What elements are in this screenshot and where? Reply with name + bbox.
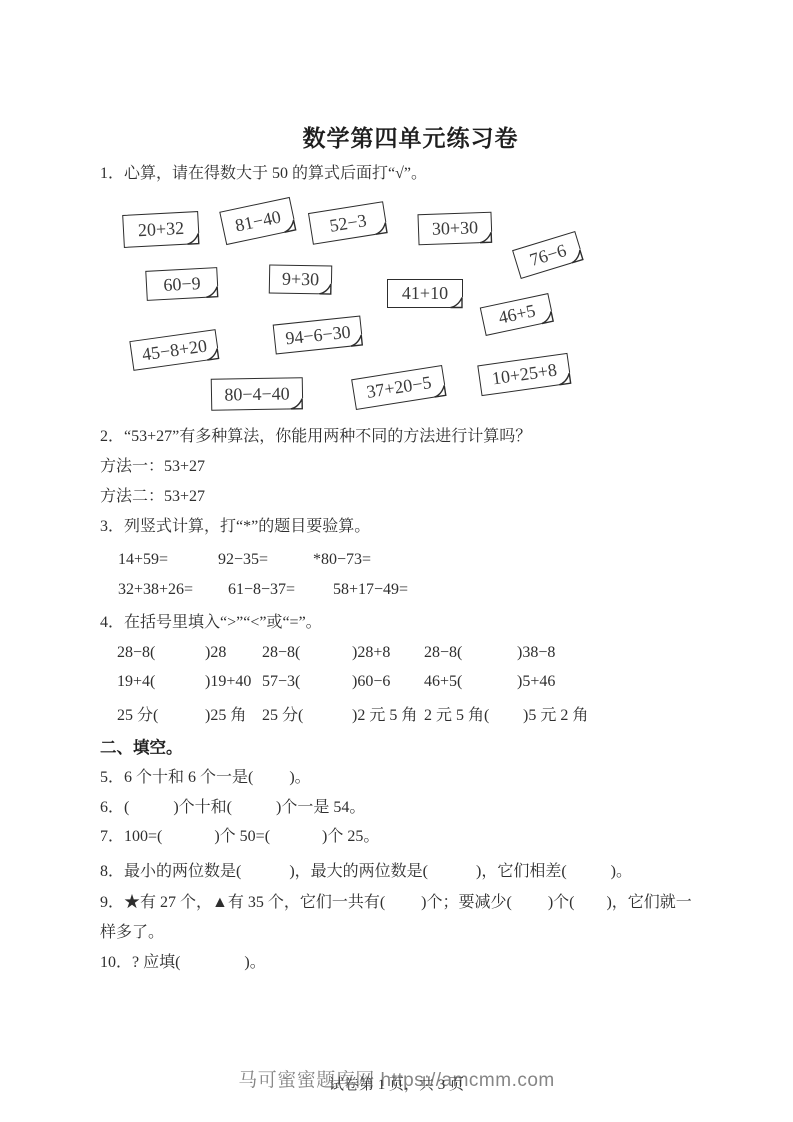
compare-item: )38−8 xyxy=(517,644,555,662)
folded-corner-icon xyxy=(372,221,389,236)
compare-item: )60−6 xyxy=(352,673,390,691)
expression: 61−8−37= xyxy=(228,581,295,599)
compare-item: 2 元 5 角( xyxy=(424,702,489,725)
question-4-row-1: 28−8( )28 28−8( )28+8 28−8( )38−8 xyxy=(0,644,793,664)
expression: 58+17−49= xyxy=(333,581,408,599)
expression-slip: 45−8+20 xyxy=(129,329,219,371)
expression-slip: 60−9 xyxy=(145,267,218,301)
question-8: 8．最小的两位数是( )，最大的两位数是( )，它们相差( )。 xyxy=(100,862,632,882)
question-4-row-3: 25 分( )25 角 25 分( )2 元 5 角 2 元 5 角( )5 元… xyxy=(0,702,793,722)
expression-slip: 46+5 xyxy=(480,293,554,336)
compare-item: )28+8 xyxy=(352,644,390,662)
expression-slip: 20+32 xyxy=(122,211,200,248)
expression-slip: 30+30 xyxy=(417,212,492,246)
compare-item: 25 分( xyxy=(117,702,158,725)
folded-corner-icon xyxy=(289,397,304,410)
expression-slip: 81−40 xyxy=(219,197,296,245)
expression: 14+59= xyxy=(118,551,168,569)
compare-item: 28−8( xyxy=(262,644,300,662)
question-2-method-1: 方法一：53+27 xyxy=(100,457,205,477)
question-6: 6．( )个十和( )个一是 54。 xyxy=(100,798,365,818)
compare-item: 46+5( xyxy=(424,673,462,691)
compare-item: 28−8( xyxy=(424,644,462,662)
folded-corner-icon xyxy=(556,371,573,386)
compare-item: )28 xyxy=(205,644,226,662)
expression: 32+38+26= xyxy=(118,581,193,599)
expression: *80−73= xyxy=(313,551,371,569)
question-2-method-2: 方法二：53+27 xyxy=(100,487,205,507)
folded-corner-icon xyxy=(431,383,448,398)
question-9-line-2: 样多了。 xyxy=(100,923,164,943)
compare-item: )25 角 xyxy=(205,702,246,725)
question-4-heading: 4．在括号里填入“>”“<”或“=”。 xyxy=(100,613,322,633)
expression-slip: 37+20−5 xyxy=(351,365,447,410)
folded-corner-icon xyxy=(478,230,493,244)
page-number-text: 试卷第 1 页，共 3 页 xyxy=(0,1073,793,1094)
question-5: 5．6 个十和 6 个一是( )。 xyxy=(100,768,311,788)
question-3-row-2: 32+38+26= 61−8−37= 58+17−49= xyxy=(0,581,793,601)
compare-item: )19+40 xyxy=(205,673,251,691)
compare-item: )5 元 2 角 xyxy=(523,702,588,725)
folded-corner-icon xyxy=(449,296,464,309)
question-7: 7．100=( )个 50=( )个 25。 xyxy=(100,827,379,847)
compare-item: )2 元 5 角 xyxy=(352,702,417,725)
folded-corner-icon xyxy=(204,285,220,299)
folded-corner-icon xyxy=(567,248,585,265)
section-2-heading: 二、填空。 xyxy=(100,738,183,758)
compare-item: 25 分( xyxy=(262,702,303,725)
folded-corner-icon xyxy=(280,218,297,234)
expression-slip: 94−6−30 xyxy=(273,315,364,354)
question-4-row-2: 19+4( )19+40 57−3( )60−6 46+5( )5+46 xyxy=(0,673,793,693)
expression: 92−35= xyxy=(218,551,268,569)
compare-item: )5+46 xyxy=(517,673,555,691)
expression-slip: 76−6 xyxy=(512,231,584,279)
compare-item: 28−8( xyxy=(117,644,155,662)
folded-corner-icon xyxy=(538,309,555,325)
expression-slip: 52−3 xyxy=(308,201,388,244)
question-9-line-1: 9．★有 27 个，▲有 35 个，它们一共有( )个；要减少( )个( )，它… xyxy=(100,893,692,913)
expression-slip: 80−4−40 xyxy=(211,377,304,411)
folded-corner-icon xyxy=(348,333,364,347)
question-2-heading: 2．“53+27”有多种算法，你能用两种不同的方法进行计算吗？ xyxy=(100,427,531,447)
expression-slip: 9+30 xyxy=(269,264,332,294)
expression-slip: 10+25+8 xyxy=(477,353,571,396)
question-3-row-1: 14+59= 92−35= *80−73= xyxy=(0,551,793,571)
folded-corner-icon xyxy=(317,282,332,295)
expression-slip: 41+10 xyxy=(387,279,463,308)
question-10: 10．? 应填( )。 xyxy=(100,953,266,973)
question-3-heading: 3．列竖式计算，打“*”的题目要验算。 xyxy=(100,517,370,537)
worksheet-page: 数学第四单元练习卷 1．心算，请在得数大于 50 的算式后面打“√”。 20+3… xyxy=(0,0,793,1122)
folded-corner-icon xyxy=(185,232,201,246)
compare-item: 57−3( xyxy=(262,673,300,691)
compare-item: 19+4( xyxy=(117,673,155,691)
folded-corner-icon xyxy=(204,346,221,361)
